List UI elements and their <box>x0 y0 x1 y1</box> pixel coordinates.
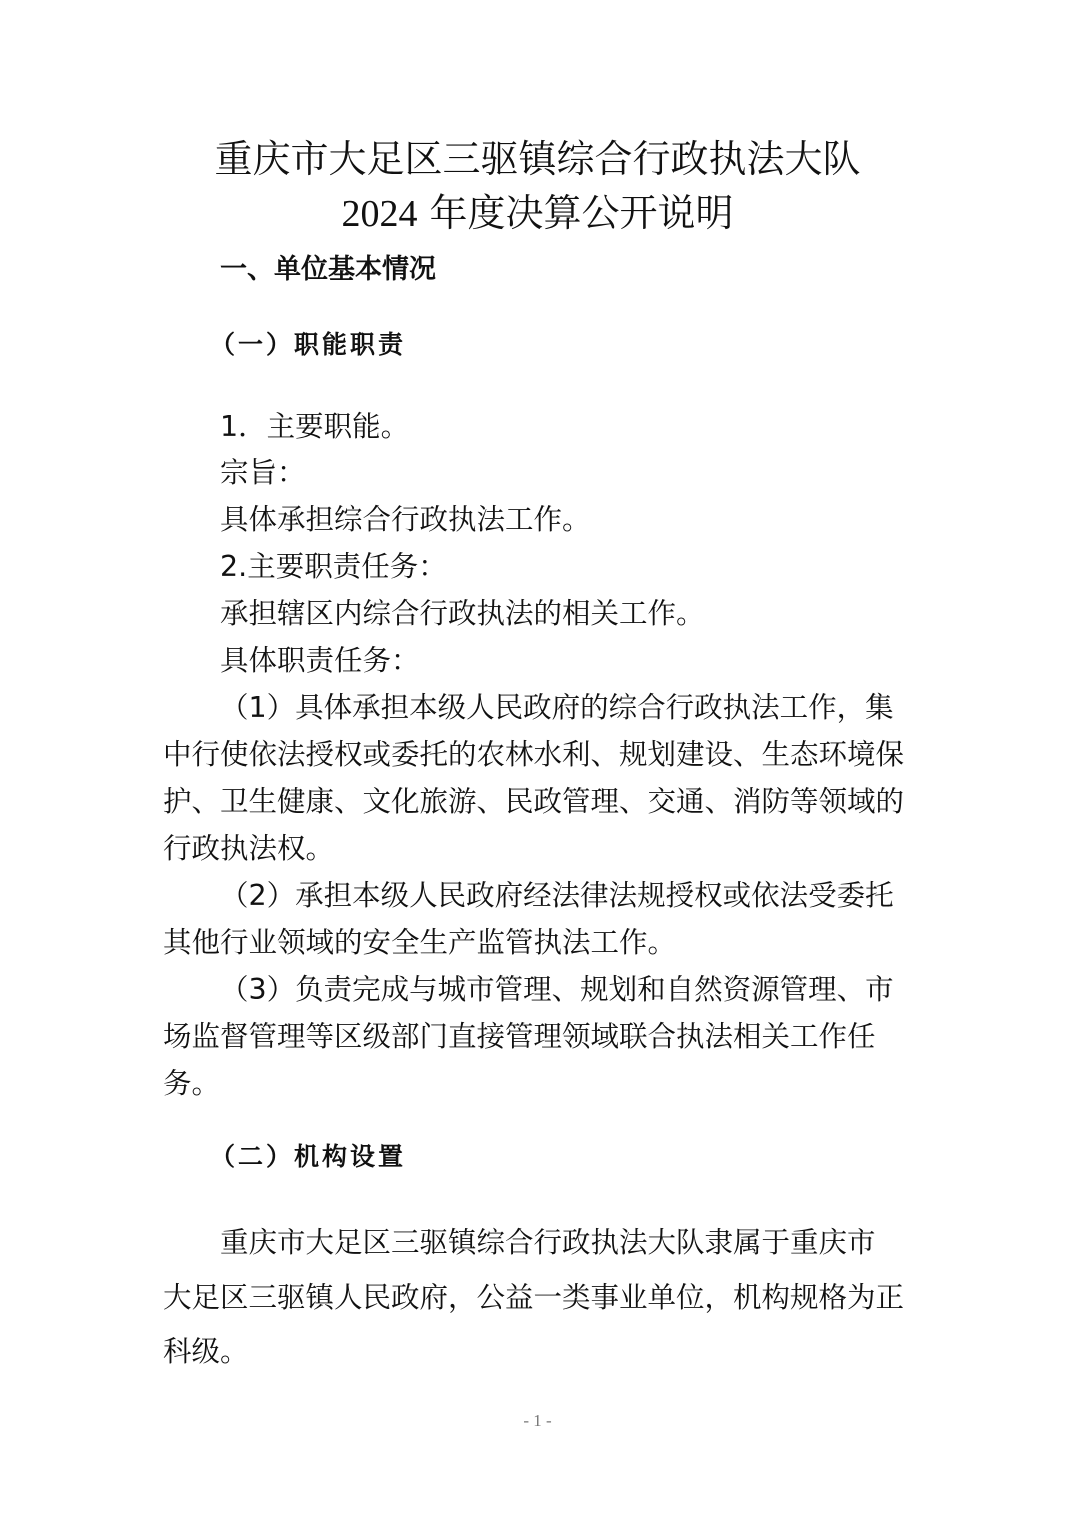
org-paragraph-line-1: 重庆市大足区三驱镇综合行政执法大队隶属于重庆市 <box>220 1229 876 1258</box>
title-suffix: 年度决算公开说明 <box>417 191 733 235</box>
paragraph-specific-duties-label: 具体职责任务： <box>220 647 420 676</box>
paragraph-main-duties: 承担辖区内综合行政执法的相关工作。 <box>220 600 705 629</box>
subsection-heading-functions: （一）职能职责 <box>210 332 406 357</box>
document-title-line-2: 2024 年度决算公开说明 <box>0 194 1075 233</box>
duty-item-3-line-2: 场监督管理等区级部门直接管理领域联合执法相关工作任 <box>163 1023 876 1052</box>
paragraph-purpose: 具体承担综合行政执法工作。 <box>220 506 591 535</box>
duty-item-1-line-3: 护、卫生健康、文化旅游、民政管理、交通、消防等领域的 <box>163 788 904 817</box>
duty-item-1-line-1: （1）具体承担本级人民政府的综合行政执法工作，集 <box>220 694 894 723</box>
section-heading-basic-info: 一、单位基本情况 <box>220 256 436 283</box>
title-text: 重庆市大足区三驱镇综合行政执法大队 <box>214 137 860 181</box>
duty-item-2-line-1: （2）承担本级人民政府经法律法规授权或依法受委托 <box>220 882 894 911</box>
duty-item-2-line-2: 其他行业领域的安全生产监管执法工作。 <box>163 929 676 958</box>
org-paragraph-line-3: 科级。 <box>163 1338 249 1367</box>
document-page: 重庆市大足区三驱镇综合行政执法大队 2024 年度决算公开说明 一、单位基本情况… <box>0 0 1075 1520</box>
paragraph-main-functions: 1．主要职能。 <box>220 413 409 442</box>
subsection-heading-organization: （二）机构设置 <box>210 1144 406 1169</box>
duty-item-1-line-4: 行政执法权。 <box>163 835 334 864</box>
duty-item-3-line-1: （3）负责完成与城市管理、规划和自然资源管理、市 <box>220 976 894 1005</box>
duty-item-3-line-3: 务。 <box>163 1070 220 1099</box>
paragraph-main-duties-label: 2.主要职责任务： <box>220 553 447 582</box>
paragraph-purpose-label: 宗旨： <box>220 459 306 488</box>
document-title-line-1: 重庆市大足区三驱镇综合行政执法大队 <box>0 140 1075 178</box>
title-year: 2024 <box>341 193 417 235</box>
page-number: - 1 - <box>0 1412 1075 1429</box>
org-paragraph-line-2: 大足区三驱镇人民政府，公益一类事业单位，机构规格为正 <box>163 1284 904 1313</box>
duty-item-1-line-2: 中行使依法授权或委托的农林水利、规划建设、生态环境保 <box>163 741 904 770</box>
